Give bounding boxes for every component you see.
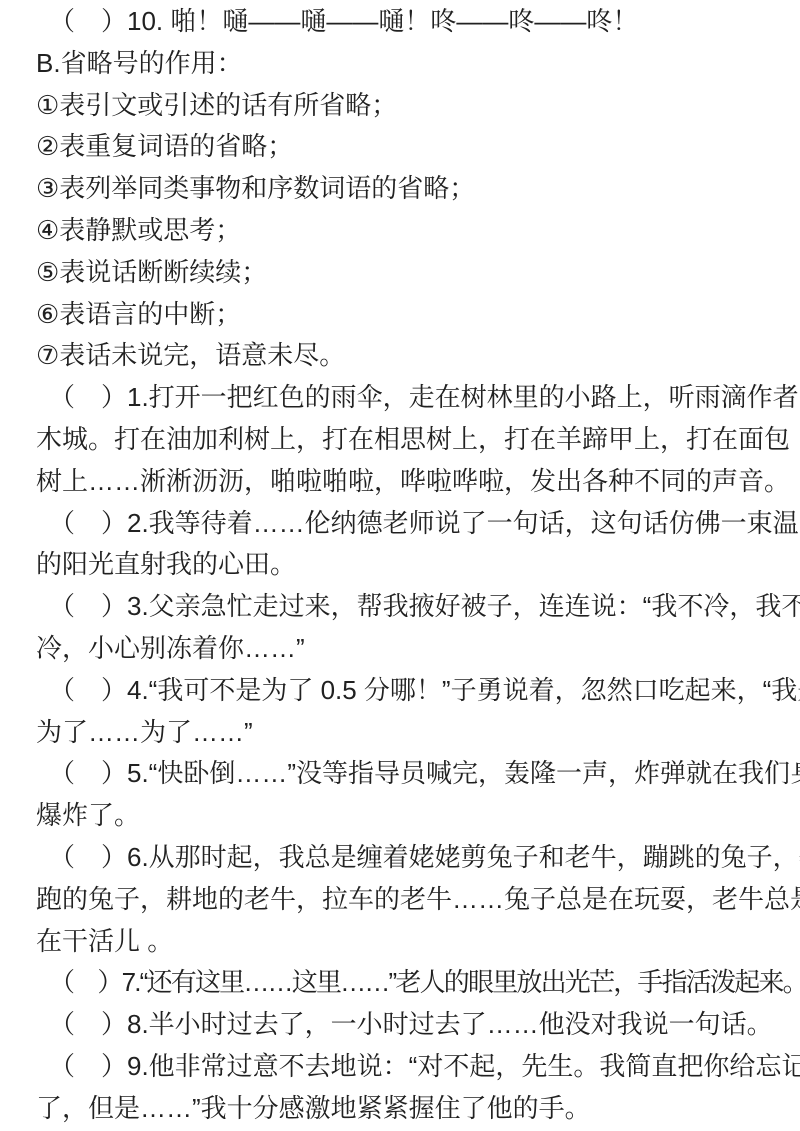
text-line: 为了……为了……” (36, 712, 794, 754)
text-line: ②表重复词语的省略； (36, 126, 794, 168)
text-line: ①表引文或引述的话有所省略； (36, 85, 794, 127)
text-line: （ ）10. 啪！嗵——嗵——嗵！咚——咚——咚！ (36, 1, 794, 43)
text-line: （ ）2.我等待着……伦纳德老师说了一句话，这句话仿佛一束温暖 (36, 503, 794, 545)
worksheet-text-block: （ ）10. 啪！嗵——嗵——嗵！咚——咚——咚！B.省略号的作用：①表引文或引… (36, 1, 794, 1130)
text-line: （ ）7.“还有这里……这里……”老人的眼里放出光芒，手指活泼起来。 (36, 962, 794, 1004)
text-line: （ ）5.“快卧倒……”没等指导员喊完，轰隆一声，炸弹就在我们身边 (36, 753, 794, 795)
text-line: 的阳光直射我的心田。 (36, 544, 794, 586)
text-line: （ ）8.半小时过去了，一小时过去了……他没对我说一句话。 (36, 1004, 794, 1046)
text-line: 跑的兔子，耕地的老牛，拉车的老牛……兔子总是在玩耍，老牛总是 (36, 879, 794, 921)
text-line: 了，但是……”我十分感激地紧紧握住了他的手。 (36, 1088, 794, 1130)
text-line: 树上……淅淅沥沥，啪啦啪啦，哗啦哗啦，发出各种不同的声音。 (36, 461, 794, 503)
text-line: 木城。打在油加利树上，打在相思树上，打在羊蹄甲上，打在面包 (36, 419, 794, 461)
text-line: （ ）9.他非常过意不去地说：“对不起，先生。我简直把你给忘记 (36, 1046, 794, 1088)
text-line: 冷，小心别冻着你……” (36, 628, 794, 670)
text-line: ⑤表说话断断续续； (36, 252, 794, 294)
text-line: 爆炸了。 (36, 795, 794, 837)
text-line: ⑥表语言的中断； (36, 294, 794, 336)
text-line: （ ）1.打开一把红色的雨伞，走在树林里的小路上，听雨滴作者陈 (36, 377, 794, 419)
text-line: （ ）3.父亲急忙走过来，帮我掖好被子，连连说：“我不冷，我不 (36, 586, 794, 628)
text-line: ④表静默或思考； (36, 210, 794, 252)
text-line: （ ）6.从那时起，我总是缠着姥姥剪兔子和老牛，蹦跳的兔子，奔 (36, 837, 794, 879)
text-line: 在干活儿 。 (36, 921, 794, 963)
document-page: （ ）10. 啪！嗵——嗵——嗵！咚——咚——咚！B.省略号的作用：①表引文或引… (0, 0, 800, 1131)
text-line: （ ）4.“我可不是为了 0.5 分哪！”子勇说着，忽然口吃起来，“我是 (36, 670, 794, 712)
text-line: ⑦表话未说完，语意未尽。 (36, 335, 794, 377)
text-line: B.省略号的作用： (36, 43, 794, 85)
text-line: ③表列举同类事物和序数词语的省略； (36, 168, 794, 210)
